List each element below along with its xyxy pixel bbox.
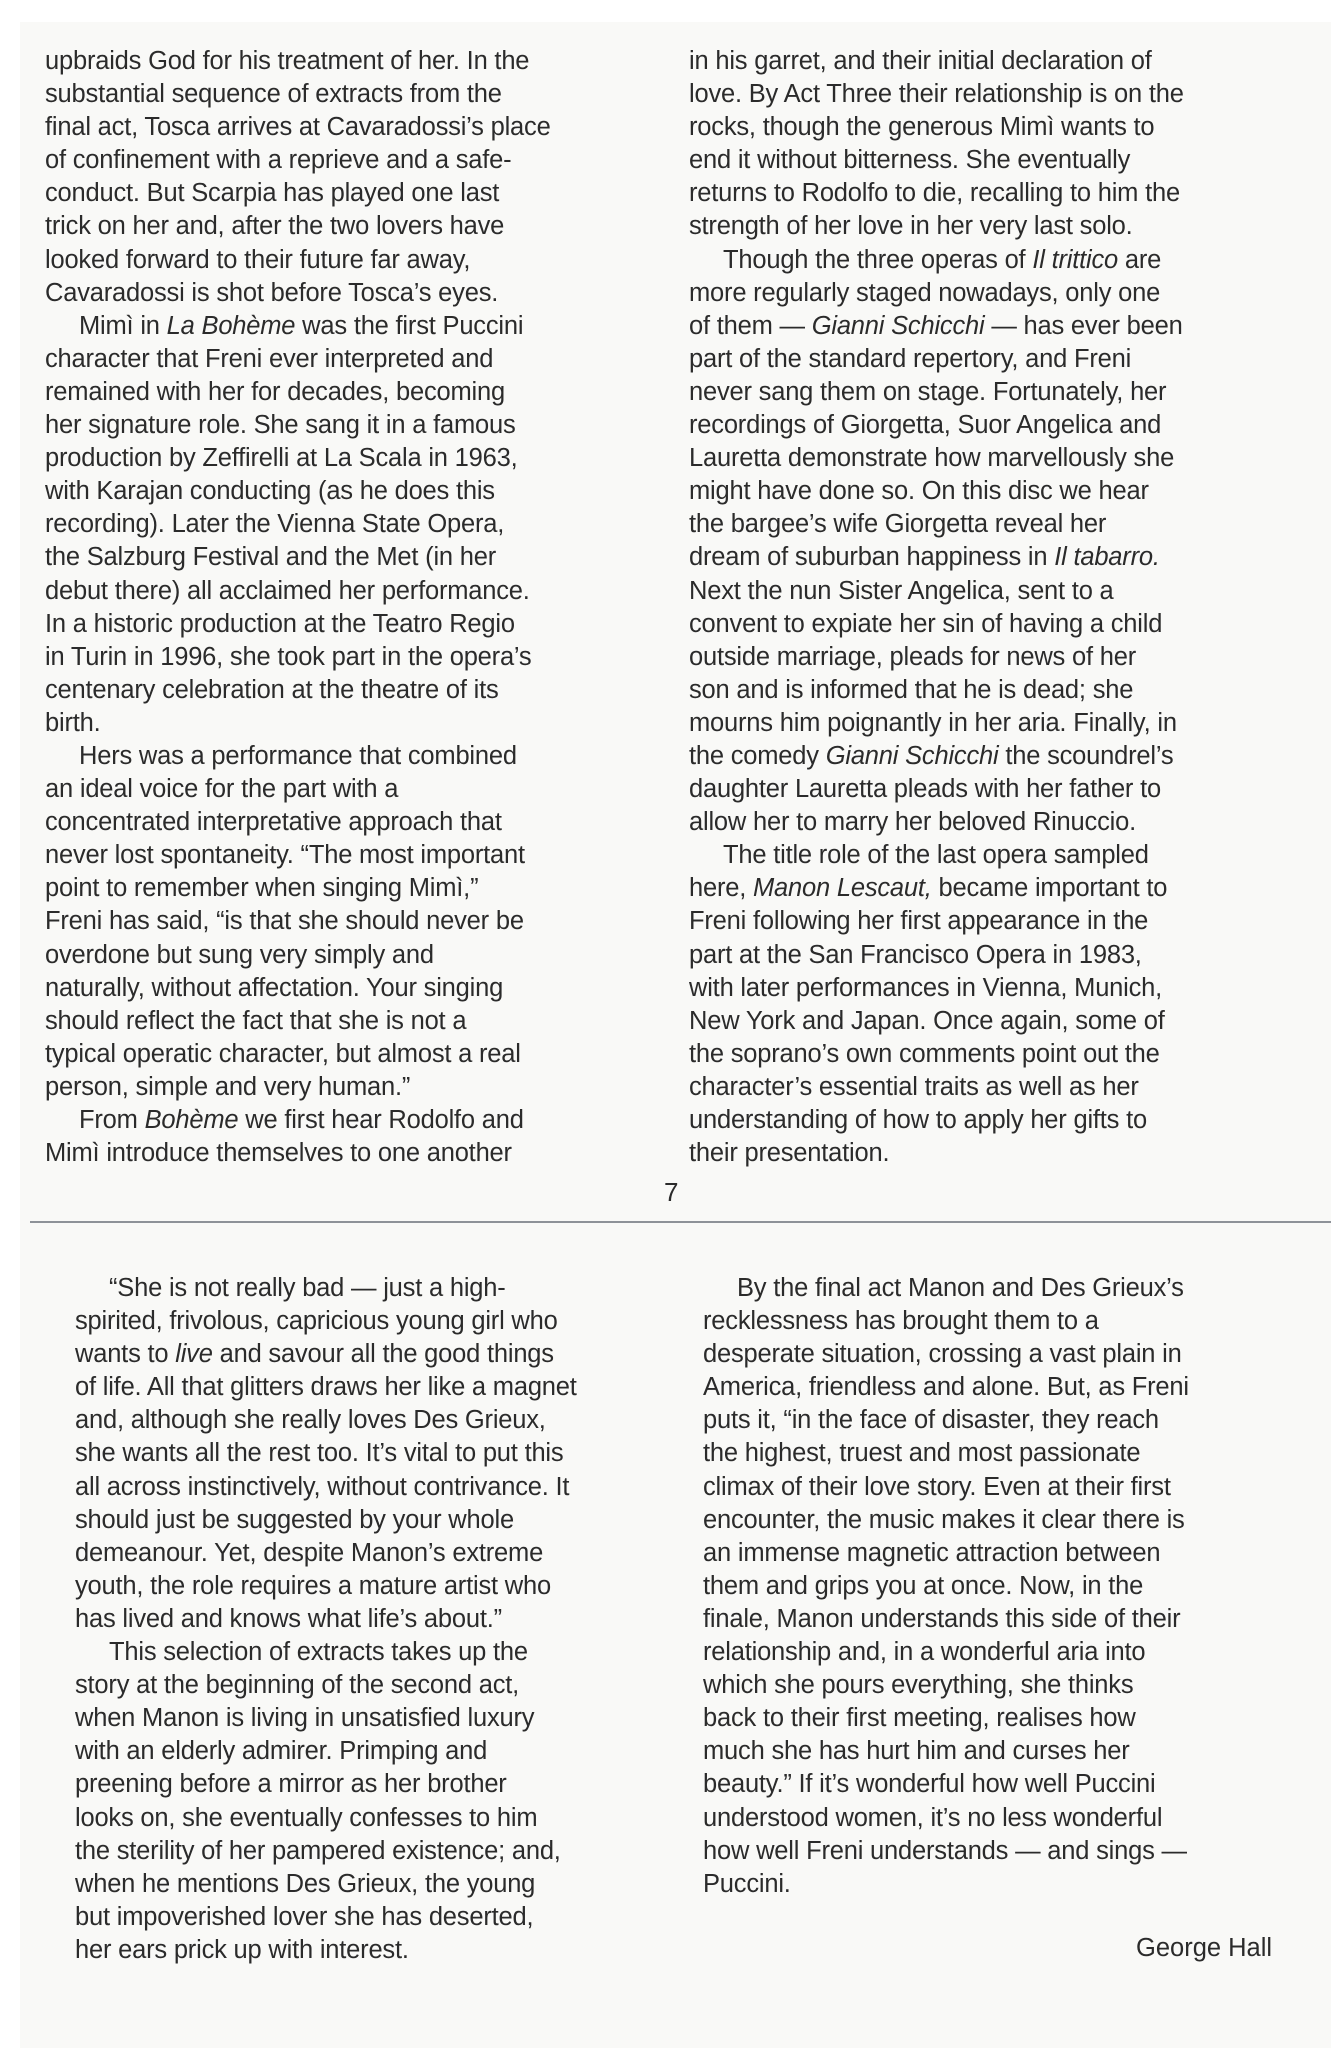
text-segment: wants to — [75, 1340, 175, 1368]
text-line: conduct. But Scarpia has played one last — [45, 177, 551, 210]
text-line: wants to live and savour all the good th… — [75, 1338, 577, 1371]
text-line: character’s essential traits as well as … — [689, 1071, 1184, 1104]
text-line: part at the San Francisco Opera in 1983, — [689, 939, 1184, 972]
text-segment: From — [79, 1106, 145, 1134]
text-line: In a historic production at the Teatro R… — [45, 608, 551, 641]
text-line: here, Manon Lescaut, became important to — [689, 872, 1184, 905]
text-line: Lauretta demonstrate how marvellously sh… — [689, 442, 1184, 475]
text-line: “She is not really bad — just a high- — [75, 1272, 577, 1305]
text-line: debut there) all acclaimed her performan… — [45, 575, 551, 608]
page-divider — [30, 1221, 1331, 1223]
text-line: Cavaradossi is shot before Tosca’s eyes. — [45, 277, 551, 310]
text-segment: — has ever been — [984, 312, 1182, 340]
text-line: more regularly staged nowadays, only one — [689, 277, 1184, 310]
text-line: recklessness has brought them to a — [703, 1305, 1189, 1338]
text-line: allow her to marry her beloved Rinuccio. — [689, 806, 1184, 839]
text-line: the comedy Gianni Schicchi the scoundrel… — [689, 740, 1184, 773]
text-line: story at the beginning of the second act… — [75, 1669, 577, 1702]
text-line: end it without bitterness. She eventuall… — [689, 144, 1184, 177]
text-line: puts it, “in the face of disaster, they … — [703, 1404, 1189, 1437]
text-line: dream of suburban happiness in Il tabarr… — [689, 541, 1184, 574]
text-line: Mimì in La Bohème was the first Puccini — [45, 310, 551, 343]
text-line: concentrated interpretative approach tha… — [45, 806, 551, 839]
text-line: outside marriage, pleads for news of her — [689, 641, 1184, 674]
text-line: the sterility of her pampered existence;… — [75, 1835, 577, 1868]
text-line: birth. — [45, 707, 551, 740]
column-top-right: in his garret, and their initial declara… — [689, 45, 1184, 1170]
text-line: By the final act Manon and Des Grieux’s — [703, 1272, 1189, 1305]
text-line: the soprano’s own comments point out the — [689, 1038, 1184, 1071]
text-line: overdone but sung very simply and — [45, 939, 551, 972]
text-line: Though the three operas of Il trittico a… — [689, 244, 1184, 277]
text-line: which she pours everything, she thinks — [703, 1669, 1189, 1702]
column-bottom-left: “She is not really bad — just a high-spi… — [75, 1272, 577, 1967]
text-line: the bargee’s wife Giorgetta reveal her — [689, 508, 1184, 541]
text-line: but impoverished lover she has deserted, — [75, 1901, 577, 1934]
text-line: of life. All that glitters draws her lik… — [75, 1371, 577, 1404]
text-segment: became important to — [932, 874, 1168, 902]
text-line: The title role of the last opera sampled — [689, 839, 1184, 872]
text-line: their presentation. — [689, 1137, 1184, 1170]
text-segment: dream of suburban happiness in — [689, 543, 1054, 571]
text-line: naturally, without affectation. Your sin… — [45, 972, 551, 1005]
text-line: her signature role. She sang it in a fam… — [45, 409, 551, 442]
text-line: she wants all the rest too. It’s vital t… — [75, 1437, 577, 1470]
text-line: and, although she really loves Des Grieu… — [75, 1404, 577, 1437]
text-line: point to remember when singing Mimì,” — [45, 872, 551, 905]
text-line: never sang them on stage. Fortunately, h… — [689, 376, 1184, 409]
text-segment: Mimì in — [79, 312, 167, 340]
text-line: should reflect the fact that she is not … — [45, 1005, 551, 1038]
text-line: centenary celebration at the theatre of … — [45, 674, 551, 707]
text-line: the highest, truest and most passionate — [703, 1437, 1189, 1470]
text-line: upbraids God for his treatment of her. I… — [45, 45, 551, 78]
text-line: demeanour. Yet, despite Manon’s extreme — [75, 1537, 577, 1570]
italic-title: live — [175, 1340, 212, 1368]
text-line: remained with her for decades, becoming — [45, 376, 551, 409]
text-line: back to their first meeting, realises ho… — [703, 1702, 1189, 1735]
text-line: recordings of Giorgetta, Suor Angelica a… — [689, 409, 1184, 442]
text-line: her ears prick up with interest. — [75, 1934, 577, 1967]
text-line: typical operatic character, but almost a… — [45, 1038, 551, 1071]
text-line: Mimì introduce themselves to one another — [45, 1137, 551, 1170]
text-line: recording). Later the Vienna State Opera… — [45, 508, 551, 541]
italic-title: Il tabarro. — [1054, 543, 1160, 571]
text-line: might have done so. On this disc we hear — [689, 475, 1184, 508]
text-line: encounter, the music makes it clear ther… — [703, 1504, 1189, 1537]
text-line: with later performances in Vienna, Munic… — [689, 972, 1184, 1005]
italic-title: Il trittico — [1032, 246, 1118, 274]
text-line: of confinement with a reprieve and a saf… — [45, 144, 551, 177]
text-line: in Turin in 1996, she took part in the o… — [45, 641, 551, 674]
text-line: of them — Gianni Schicchi — has ever bee… — [689, 310, 1184, 343]
italic-title: Bohème — [145, 1106, 239, 1134]
italic-title: Gianni Schicchi — [812, 312, 985, 340]
text-line: strength of her love in her very last so… — [689, 210, 1184, 243]
text-line: final act, Tosca arrives at Cavaradossi’… — [45, 111, 551, 144]
page-number: 7 — [664, 1177, 678, 1207]
text-line: them and grips you at once. Now, in the — [703, 1570, 1189, 1603]
text-line: understood women, it’s no less wonderful — [703, 1802, 1189, 1835]
text-segment: the comedy — [689, 742, 826, 770]
text-line: Hers was a performance that combined — [45, 740, 551, 773]
text-line: youth, the role requires a mature artist… — [75, 1570, 577, 1603]
text-line: daughter Lauretta pleads with her father… — [689, 773, 1184, 806]
text-line: returns to Rodolfo to die, recalling to … — [689, 177, 1184, 210]
italic-title: Manon Lescaut, — [753, 874, 932, 902]
text-line: finale, Manon understands this side of t… — [703, 1603, 1189, 1636]
text-line: love. By Act Three their relationship is… — [689, 78, 1184, 111]
text-line: America, friendless and alone. But, as F… — [703, 1371, 1189, 1404]
text-line: part of the standard repertory, and Fren… — [689, 343, 1184, 376]
text-line: Next the nun Sister Angelica, sent to a — [689, 575, 1184, 608]
text-line: rocks, though the generous Mimì wants to — [689, 111, 1184, 144]
text-line: spirited, frivolous, capricious young gi… — [75, 1305, 577, 1338]
text-line: Freni has said, “is that she should neve… — [45, 905, 551, 938]
text-line: production by Zeffirelli at La Scala in … — [45, 442, 551, 475]
text-line: when Manon is living in unsatisfied luxu… — [75, 1702, 577, 1735]
text-segment: Though the three operas of — [723, 246, 1032, 274]
text-line: the Salzburg Festival and the Met (in he… — [45, 541, 551, 574]
text-line: never lost spontaneity. “The most import… — [45, 839, 551, 872]
text-line: has lived and knows what life’s about.” — [75, 1603, 577, 1636]
text-line: Freni following her first appearance in … — [689, 905, 1184, 938]
text-line: when he mentions Des Grieux, the young — [75, 1868, 577, 1901]
text-line: looks on, she eventually confesses to hi… — [75, 1802, 577, 1835]
column-top-left: upbraids God for his treatment of her. I… — [45, 45, 551, 1170]
text-line: Puccini. — [703, 1868, 1189, 1901]
text-line: climax of their love story. Even at thei… — [703, 1471, 1189, 1504]
italic-title: La Bohème — [167, 312, 296, 340]
text-line: son and is informed that he is dead; she — [689, 674, 1184, 707]
text-segment: here, — [689, 874, 753, 902]
text-line: with Karajan conducting (as he does this — [45, 475, 551, 508]
text-line: in his garret, and their initial declara… — [689, 45, 1184, 78]
text-line: relationship and, in a wonderful aria in… — [703, 1636, 1189, 1669]
text-line: desperate situation, crossing a vast pla… — [703, 1338, 1189, 1371]
text-line: preening before a mirror as her brother — [75, 1768, 577, 1801]
text-segment: the scoundrel’s — [998, 742, 1173, 770]
text-line: trick on her and, after the two lovers h… — [45, 210, 551, 243]
column-bottom-right: By the final act Manon and Des Grieux’sr… — [703, 1272, 1189, 1901]
text-line: should just be suggested by your whole — [75, 1504, 577, 1537]
text-line: with an elderly admirer. Primping and — [75, 1735, 577, 1768]
text-line: an ideal voice for the part with a — [45, 773, 551, 806]
text-line: substantial sequence of extracts from th… — [45, 78, 551, 111]
text-line: person, simple and very human.” — [45, 1071, 551, 1104]
text-segment: was the first Puccini — [295, 312, 523, 340]
text-line: understanding of how to apply her gifts … — [689, 1104, 1184, 1137]
text-line: This selection of extracts takes up the — [75, 1636, 577, 1669]
text-segment: and savour all the good things — [213, 1340, 554, 1368]
text-line: much she has hurt him and curses her — [703, 1735, 1189, 1768]
text-line: character that Freni ever interpreted an… — [45, 343, 551, 376]
text-line: convent to expiate her sin of having a c… — [689, 608, 1184, 641]
text-line: mourns him poignantly in her aria. Final… — [689, 707, 1184, 740]
text-line: looked forward to their future far away, — [45, 244, 551, 277]
text-line: all across instinctively, without contri… — [75, 1471, 577, 1504]
text-line: how well Freni understands — and sings — — [703, 1835, 1189, 1868]
text-segment: of them — — [689, 312, 812, 340]
text-line: New York and Japan. Once again, some of — [689, 1005, 1184, 1038]
text-line: beauty.” If it’s wonderful how well Pucc… — [703, 1768, 1189, 1801]
text-line: an immense magnetic attraction between — [703, 1537, 1189, 1570]
author-signature: George Hall — [1136, 1932, 1272, 1965]
text-segment: are — [1118, 246, 1161, 274]
text-line: From Bohème we first hear Rodolfo and — [45, 1104, 551, 1137]
italic-title: Gianni Schicchi — [826, 742, 999, 770]
text-segment: we first hear Rodolfo and — [238, 1106, 523, 1134]
